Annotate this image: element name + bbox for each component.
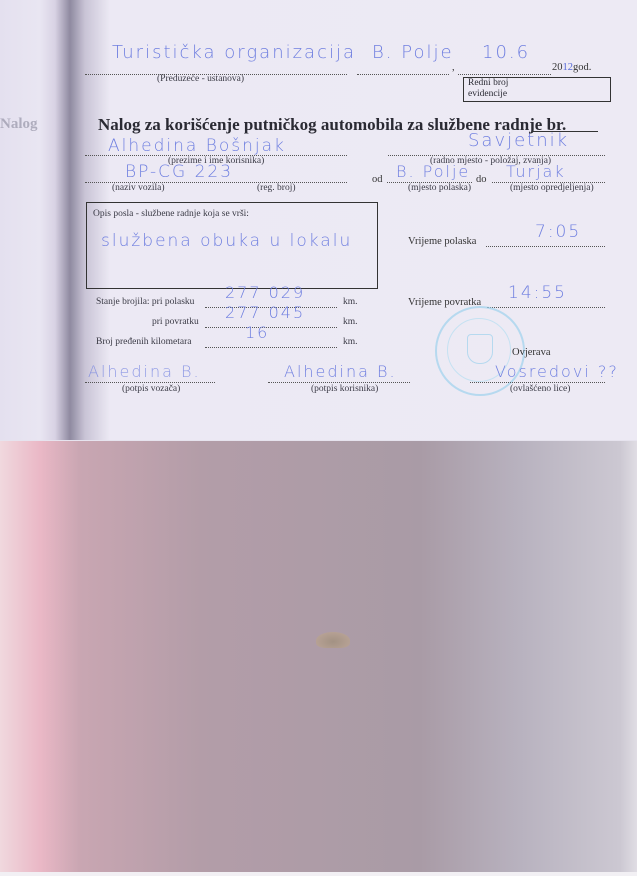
registry-label-2: evidencije <box>468 89 610 100</box>
odometer-return-handwritten: 277 045 <box>225 303 305 322</box>
km-unit-2: km. <box>343 317 358 327</box>
user-signature-label: (potpis korisnika) <box>311 384 378 394</box>
company-handwritten: Turistička organizacija <box>112 42 356 63</box>
from-label: (mjesto polaska) <box>408 183 471 193</box>
left-page-title: Nalog <box>0 116 38 133</box>
year-value: 12 <box>563 62 574 73</box>
km-traveled-label: Broj pređenih kilometara <box>96 337 192 347</box>
registry-label-1: Redni broj <box>468 78 610 89</box>
odometer-return-label: pri povratku <box>152 317 199 327</box>
km-traveled-line <box>205 335 337 348</box>
authorized-signature-line <box>470 372 605 383</box>
date-handwritten: 10.6 <box>482 42 530 63</box>
km-traveled-handwritten: 16 <box>245 323 269 342</box>
driver-signature-line <box>85 372 215 383</box>
left-page-fragment: Nalog <box>0 0 60 420</box>
job-description-box: Opis posla - službene radnje koja se vrš… <box>86 202 378 289</box>
user-signature-line <box>268 372 410 383</box>
paper-edge <box>0 872 637 876</box>
to-prefix: do <box>476 174 487 185</box>
place-handwritten: B. Polje <box>372 42 454 63</box>
company-label: (Preduzeće - ustanova) <box>157 74 244 84</box>
to-label: (mjesto opredjeljenja) <box>510 183 594 193</box>
position-line <box>388 145 605 156</box>
comma: , <box>452 62 455 73</box>
from-prefix: od <box>372 174 383 185</box>
vehicle-label: (naziv vozila) <box>112 183 165 193</box>
year-field: 2012god. <box>552 62 591 73</box>
departure-time-handwritten: 7:05 <box>535 222 581 242</box>
job-description-label: Opis posla - službene radnje koja se vrš… <box>93 209 249 219</box>
authorized-signature-label: (ovlašćeno lice) <box>510 384 570 394</box>
departure-time-label: Vrijeme polaska <box>408 236 476 247</box>
blank-back-sheet <box>0 441 637 873</box>
driver-signature-label: (potpis vozača) <box>122 384 180 394</box>
job-description-handwritten: službena obuka u lokalu <box>101 231 352 251</box>
km-unit-3: km. <box>343 337 358 347</box>
to-line <box>492 172 605 183</box>
certify-label: Ovjerava <box>512 347 550 358</box>
year-prefix: 20 <box>552 62 563 73</box>
odometer-start-handwritten: 277 029 <box>225 283 305 302</box>
vehicle-line <box>85 172 347 183</box>
odometer-start-label: Stanje brojila: pri polasku <box>96 297 194 307</box>
reg-label: (reg. broj) <box>257 183 296 193</box>
return-time-handwritten: 14:55 <box>508 283 567 303</box>
paper-stain <box>316 632 350 648</box>
year-suffix: god. <box>573 62 591 73</box>
registry-number-box: Redni broj evidencije <box>463 77 611 102</box>
from-line <box>387 172 472 183</box>
user-name-line <box>85 145 347 156</box>
km-unit-1: km. <box>343 297 358 307</box>
